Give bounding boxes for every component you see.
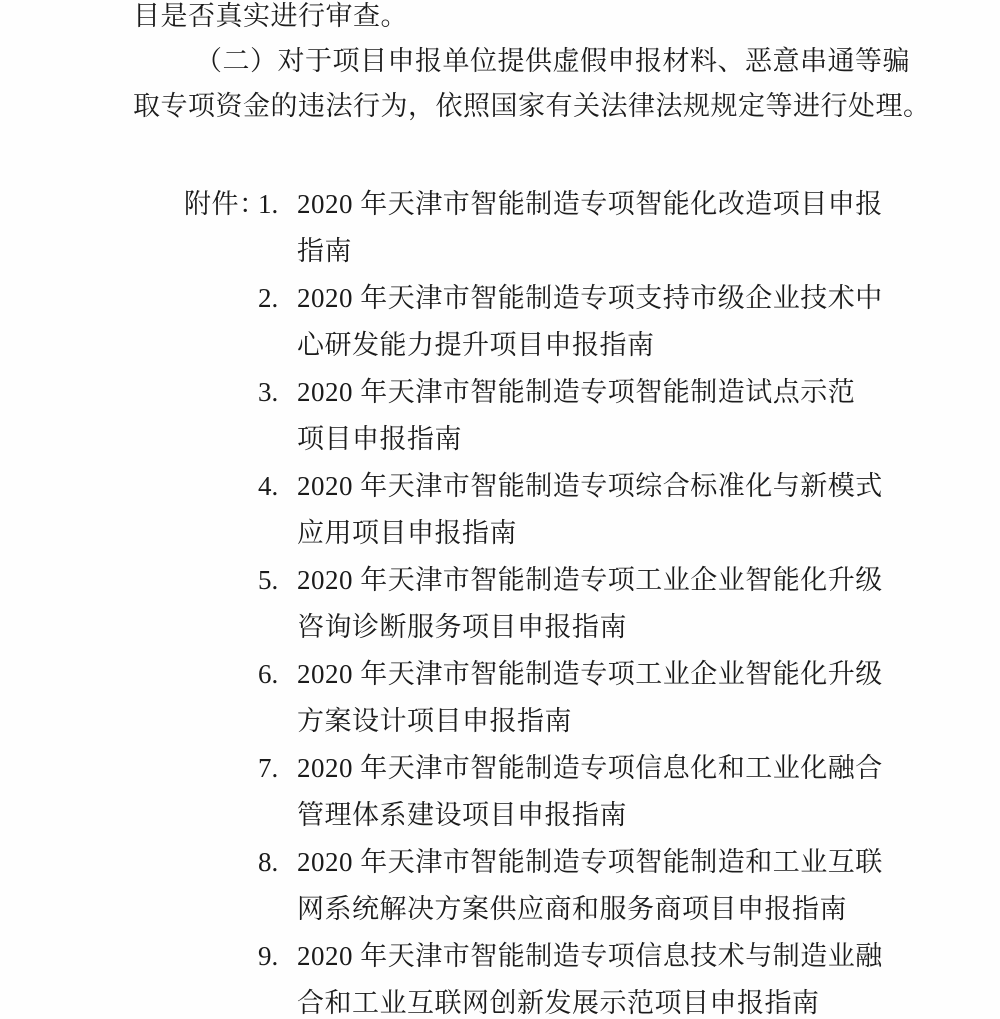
attachment-item-line: 项目申报指南 [297,416,937,463]
attachment-item-number: 1. [258,181,297,228]
attachment-item-line: 指南 [297,228,937,275]
attachment-item-text: 2020 年天津市智能制造专项工业企业智能化升级 方案设计项目申报指南 [297,651,937,745]
attachment-item-number: 4. [258,463,297,510]
attachment-item-line: 2020 年天津市智能制造专项支持市级企业技术中 [297,275,937,322]
body-text-line-2: （二）对于项目申报单位提供虚假申报材料、恶意串通等骗 [133,39,948,84]
attachment-item-text: 2020 年天津市智能制造专项支持市级企业技术中 心研发能力提升项目申报指南 [297,275,937,369]
attachment-item-text: 2020 年天津市智能制造专项智能化改造项目申报 指南 [297,181,937,275]
attachment-item-number: 8. [258,839,297,886]
attachment-item-3: 3. 2020 年天津市智能制造专项智能制造试点示范 项目申报指南 [258,369,937,463]
attachment-item-line: 2020 年天津市智能制造专项智能制造试点示范 [297,369,937,416]
attachment-item-line: 合和工业互联网创新发展示范项目申报指南 [297,980,937,1019]
attachment-item-1: 1. 2020 年天津市智能制造专项智能化改造项目申报 指南 [258,181,937,275]
attachment-item-line: 管理体系建设项目申报指南 [297,792,937,839]
attachment-item-number: 7. [258,745,297,792]
document-page: 目是否真实进行审查。 （二）对于项目申报单位提供虚假申报材料、恶意串通等骗 取专… [0,0,1000,1019]
attachment-item-line: 2020 年天津市智能制造专项智能制造和工业互联 [297,839,937,886]
attachment-item-line: 2020 年天津市智能制造专项信息技术与制造业融 [297,933,937,980]
attachments-label: 附件： [184,181,258,228]
attachment-item-8: 8. 2020 年天津市智能制造专项智能制造和工业互联 网系统解决方案供应商和服… [258,839,937,933]
body-text-line-3: 取专项资金的违法行为，依照国家有关法律法规规定等进行处理。 [133,84,948,129]
attachment-item-number: 2. [258,275,297,322]
attachment-item-line: 2020 年天津市智能制造专项智能化改造项目申报 [297,181,937,228]
attachment-item-number: 5. [258,557,297,604]
attachment-item-number: 3. [258,369,297,416]
attachment-item-line: 方案设计项目申报指南 [297,698,937,745]
attachments-list: 1. 2020 年天津市智能制造专项智能化改造项目申报 指南 2. 2020 年… [258,181,937,1019]
attachment-item-4: 4. 2020 年天津市智能制造专项综合标准化与新模式 应用项目申报指南 [258,463,937,557]
attachment-item-line: 心研发能力提升项目申报指南 [297,322,937,369]
attachment-item-5: 5. 2020 年天津市智能制造专项工业企业智能化升级 咨询诊断服务项目申报指南 [258,557,937,651]
attachment-item-line: 2020 年天津市智能制造专项工业企业智能化升级 [297,557,937,604]
attachment-item-line: 2020 年天津市智能制造专项信息化和工业化融合 [297,745,937,792]
attachment-item-line: 2020 年天津市智能制造专项综合标准化与新模式 [297,463,937,510]
attachments-section: 附件： 1. 2020 年天津市智能制造专项智能化改造项目申报 指南 2. 20… [184,181,937,1019]
body-text-line-1: 目是否真实进行审查。 [133,0,948,39]
attachment-item-9: 9. 2020 年天津市智能制造专项信息技术与制造业融 合和工业互联网创新发展示… [258,933,937,1019]
attachment-item-number: 9. [258,933,297,980]
attachment-item-text: 2020 年天津市智能制造专项信息化和工业化融合 管理体系建设项目申报指南 [297,745,937,839]
attachment-item-text: 2020 年天津市智能制造专项智能制造和工业互联 网系统解决方案供应商和服务商项… [297,839,937,933]
attachment-item-line: 应用项目申报指南 [297,510,937,557]
attachment-item-text: 2020 年天津市智能制造专项智能制造试点示范 项目申报指南 [297,369,937,463]
attachment-item-2: 2. 2020 年天津市智能制造专项支持市级企业技术中 心研发能力提升项目申报指… [258,275,937,369]
attachment-item-line: 2020 年天津市智能制造专项工业企业智能化升级 [297,651,937,698]
attachment-item-line: 咨询诊断服务项目申报指南 [297,604,937,651]
attachment-item-text: 2020 年天津市智能制造专项工业企业智能化升级 咨询诊断服务项目申报指南 [297,557,937,651]
attachment-item-number: 6. [258,651,297,698]
attachment-item-line: 网系统解决方案供应商和服务商项目申报指南 [297,886,937,933]
attachment-item-7: 7. 2020 年天津市智能制造专项信息化和工业化融合 管理体系建设项目申报指南 [258,745,937,839]
attachment-item-text: 2020 年天津市智能制造专项综合标准化与新模式 应用项目申报指南 [297,463,937,557]
body-paragraphs: 目是否真实进行审查。 （二）对于项目申报单位提供虚假申报材料、恶意串通等骗 取专… [133,0,948,129]
attachment-item-text: 2020 年天津市智能制造专项信息技术与制造业融 合和工业互联网创新发展示范项目… [297,933,937,1019]
attachment-item-6: 6. 2020 年天津市智能制造专项工业企业智能化升级 方案设计项目申报指南 [258,651,937,745]
